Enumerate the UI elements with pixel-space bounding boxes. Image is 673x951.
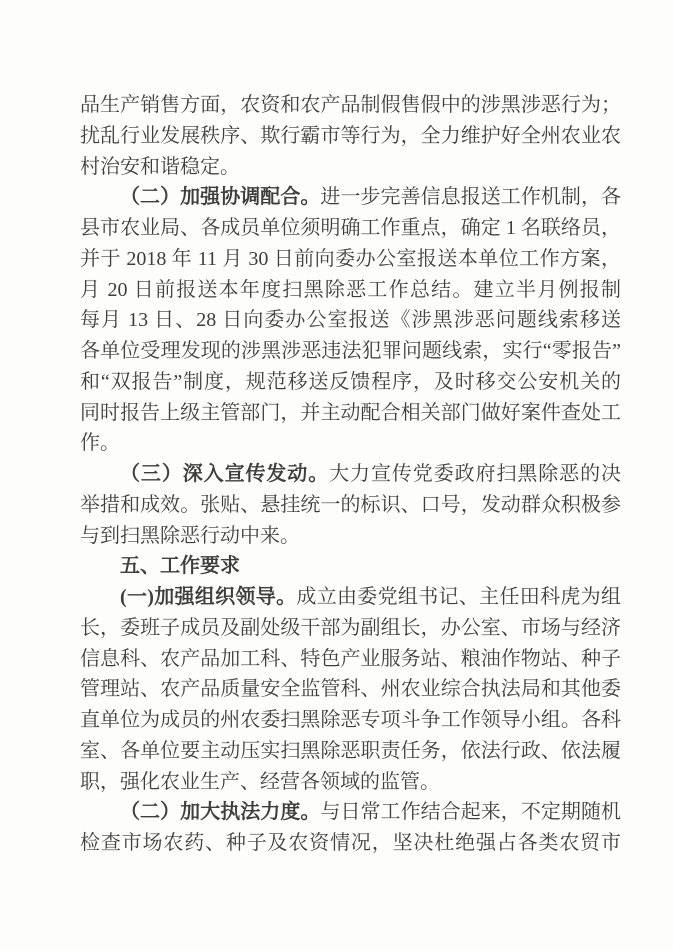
text-line: 和“双报告”制度，规范移送反馈程序，及时移交公安机关的	[80, 367, 621, 398]
text-line: （二）加大执法力度。与日常工作结合起来，不定期随机	[80, 797, 621, 828]
body-text-run: 信息科、农产品加工科、特色产业服务站、粮油作物站、种子	[80, 648, 621, 670]
body-text-run: 与日常工作结合起来，不定期随机	[320, 801, 621, 823]
body-text-run: 并于 2018 年 11 月 30 日前向委办公室报送本单位工作方案，12	[80, 248, 621, 275]
body-text-run: 同时报告上级主管部门，并主动配合相关部门做好案件查处工	[80, 402, 621, 424]
body-text-run: 县市农业局、各成员单位须明确工作重点，确定 1 名联络员，	[80, 217, 621, 239]
document-text-block: 品生产销售方面，农资和农产品制假售假中的涉黑涉恶行为；扰乱行业发展秩序、欺行霸市…	[80, 90, 621, 859]
body-text-run: 室、各单位要主动压实扫黑除恶职责任务，依法行政、依法履	[80, 740, 621, 762]
text-line: 并于 2018 年 11 月 30 日前向委办公室报送本单位工作方案，12	[80, 244, 621, 275]
body-text-run: 品生产销售方面，农资和农产品制假售假中的涉黑涉恶行为；	[80, 94, 621, 116]
text-line: 检查市场农药、种子及农资情况，坚决杜绝强占各类农贸市场，	[80, 828, 621, 859]
body-text-run: 作。	[80, 432, 120, 454]
body-text-run: 职，强化农业生产、经营各领域的监管。	[80, 771, 440, 793]
body-text-run: 成立由委党组书记、主任田科虎为组	[296, 586, 621, 608]
body-text-run: 长，委班子成员及副处级干部为副组长，办公室、市场与经济	[80, 617, 621, 639]
text-line: 同时报告上级主管部门，并主动配合相关部门做好案件查处工	[80, 398, 621, 429]
text-line: （二）加强协调配合。进一步完善信息报送工作机制，各	[80, 182, 621, 213]
body-text-run: 每月 13 日、28 日向委办公室报送《涉黑涉恶问题线索移送表》。	[80, 309, 621, 336]
document-page: 品生产销售方面，农资和农产品制假售假中的涉黑涉恶行为；扰乱行业发展秩序、欺行霸市…	[0, 0, 673, 951]
text-line: 村治安和谐稳定。	[80, 152, 621, 183]
text-line: 月 20 日前报送本年度扫黑除恶工作总结。建立半月例报制度，	[80, 275, 621, 306]
text-line: 室、各单位要主动压实扫黑除恶职责任务，依法行政、依法履	[80, 736, 621, 767]
body-text-run: 举措和成效。张贴、悬挂统一的标识、口号，发动群众积极参	[80, 494, 621, 516]
body-text-run: 扰乱行业发展秩序、欺行霸市等行为，全力维护好全州农业农	[80, 125, 621, 147]
text-line: 各单位受理发现的涉黑涉恶违法犯罪问题线索，实行“零报告”	[80, 336, 621, 367]
body-text-run: 月 20 日前报送本年度扫黑除恶工作总结。建立半月例报制度，	[80, 279, 621, 306]
body-text-run: 直单位为成员的州农委扫黑除恶专项斗争工作领导小组。各科	[80, 709, 621, 731]
bold-heading-run: (一)加强组织领导。	[120, 586, 296, 608]
bold-heading-run: （二）加强协调配合。	[120, 186, 320, 208]
text-line: 五、工作要求	[80, 551, 621, 582]
text-line: 管理站、农产品质量安全监管科、州农业综合执法局和其他委	[80, 674, 621, 705]
text-line: 长，委班子成员及副处级干部为副组长，办公室、市场与经济	[80, 613, 621, 644]
bold-heading-run: （三）深入宣传发动。	[120, 463, 329, 485]
text-line: 县市农业局、各成员单位须明确工作重点，确定 1 名联络员，	[80, 213, 621, 244]
body-text-run: 管理站、农产品质量安全监管科、州农业综合执法局和其他委	[80, 678, 621, 700]
text-line: 职，强化农业生产、经营各领域的监管。	[80, 767, 621, 798]
body-text-run: 各单位受理发现的涉黑涉恶违法犯罪问题线索，实行“零报告”	[80, 340, 621, 362]
body-text-run: 与到扫黑除恶行动中来。	[80, 525, 300, 547]
body-text-run: 检查市场农药、种子及农资情况，坚决杜绝强占各类农贸市场，	[80, 832, 621, 859]
text-line: 与到扫黑除恶行动中来。	[80, 521, 621, 552]
text-line: 扰乱行业发展秩序、欺行霸市等行为，全力维护好全州农业农	[80, 121, 621, 152]
text-line: (一)加强组织领导。成立由委党组书记、主任田科虎为组	[80, 582, 621, 613]
text-line: 直单位为成员的州农委扫黑除恶专项斗争工作领导小组。各科	[80, 705, 621, 736]
text-line: 举措和成效。张贴、悬挂统一的标识、口号，发动群众积极参	[80, 490, 621, 521]
text-line: 每月 13 日、28 日向委办公室报送《涉黑涉恶问题线索移送表》。	[80, 305, 621, 336]
text-line: （三）深入宣传发动。大力宣传党委政府扫黑除恶的决心、	[80, 459, 621, 490]
bold-heading-run: 五、工作要求	[120, 555, 240, 577]
text-line: 作。	[80, 428, 621, 459]
bold-heading-run: （二）加大执法力度。	[120, 801, 320, 823]
body-text-run: 村治安和谐稳定。	[80, 156, 240, 178]
text-line: 品生产销售方面，农资和农产品制假售假中的涉黑涉恶行为；	[80, 90, 621, 121]
text-line: 信息科、农产品加工科、特色产业服务站、粮油作物站、种子	[80, 644, 621, 675]
body-text-run: 进一步完善信息报送工作机制，各	[320, 186, 621, 208]
body-text-run: 和“双报告”制度，规范移送反馈程序，及时移交公安机关的	[80, 371, 621, 393]
